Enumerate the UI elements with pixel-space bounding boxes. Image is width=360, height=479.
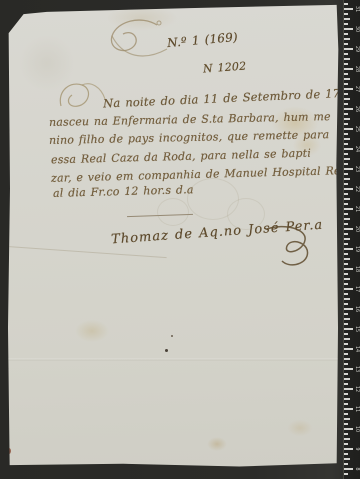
- ruler-tick: [344, 228, 353, 230]
- initial-flourish-icon: [57, 79, 109, 111]
- ruler-tick: [344, 258, 350, 260]
- ruler-tick: [344, 273, 348, 275]
- ruler-tick: [344, 343, 348, 345]
- ruler-tick: [344, 48, 353, 50]
- ruler-tick: [344, 213, 348, 215]
- ruler-number: 28: [353, 65, 360, 73]
- ruler-number: 18: [353, 265, 360, 273]
- ruler-number: 17: [353, 285, 360, 293]
- handwritten-line-3: nino filho de pays incognitos, que remet…: [49, 128, 330, 147]
- ruler-tick: [344, 83, 348, 85]
- ruler-tick: [344, 153, 348, 155]
- ruler-tick: [344, 428, 353, 430]
- ruler-number: 20: [353, 225, 360, 233]
- ruler-tick: [344, 388, 353, 390]
- ruler-tick: [344, 418, 350, 420]
- ruler-tick: [344, 128, 353, 130]
- ruler-number: 10: [353, 425, 360, 433]
- ruler-tick: [344, 238, 350, 240]
- ruler-number: 22: [353, 185, 360, 193]
- ruler-tick: [344, 473, 348, 475]
- ruler-tick: [344, 88, 353, 90]
- scanned-document-view: N.º 1 (169) N 1202 Na noite do dia 11 de…: [0, 0, 360, 479]
- ruler-number: 31: [353, 5, 360, 13]
- ruler-number: 25: [353, 125, 360, 133]
- ruler-tick: [344, 63, 348, 65]
- ruler-tick: [344, 58, 350, 60]
- ruler-tick: [344, 218, 350, 220]
- ruler-tick: [344, 338, 350, 340]
- ink-speck: [165, 349, 168, 352]
- ruler-tick: [344, 163, 348, 165]
- ruler-tick: [344, 308, 353, 310]
- file-number: N 1202: [203, 60, 247, 76]
- ruler-tick: [344, 333, 348, 335]
- ruler-tick: [344, 223, 348, 225]
- ruler-tick: [344, 448, 353, 450]
- ruler-tick: [344, 28, 353, 30]
- ruler-number: 24: [353, 145, 360, 153]
- ruler-tick: [344, 383, 348, 385]
- ruler-number: 15: [353, 325, 360, 333]
- ruler-number: 21: [353, 205, 360, 213]
- ruler-tick: [344, 133, 348, 135]
- ruler-tick: [344, 3, 348, 5]
- ruler-number: 29: [353, 45, 360, 53]
- rust-stain: [7, 448, 11, 454]
- ruler-tick: [344, 413, 348, 415]
- ruler-tick: [344, 173, 348, 175]
- ruler-tick: [344, 78, 350, 80]
- ruler-tick: [344, 108, 353, 110]
- ruler-tick: [344, 33, 348, 35]
- ruler-tick: [344, 348, 353, 350]
- ruler-tick: [344, 433, 348, 435]
- ruler-tick: [344, 463, 348, 465]
- ink-speck: [171, 335, 173, 337]
- ruler-tick: [344, 293, 348, 295]
- ruler-tick: [344, 93, 348, 95]
- ruler-tick: [344, 143, 348, 145]
- ruler-number: 8: [353, 465, 360, 473]
- ruler-tick: [344, 8, 353, 10]
- ruler-tick: [344, 203, 348, 205]
- ruler-tick: [344, 188, 353, 190]
- ruler-tick: [344, 393, 348, 395]
- ruler-number: 13: [353, 365, 360, 373]
- ruler-tick: [344, 378, 350, 380]
- ruler-number: 12: [353, 385, 360, 393]
- ruler-tick: [344, 408, 353, 410]
- ruler-tick: [344, 368, 353, 370]
- ruler-tick: [344, 38, 350, 40]
- ruler-tick: [344, 403, 348, 405]
- ruler-number: 26: [353, 105, 360, 113]
- ruler-number: 9: [353, 445, 360, 453]
- ruler: 3130292827262524232221201918171615141312…: [343, 0, 360, 479]
- ruler-tick: [344, 68, 353, 70]
- ruler-tick: [344, 148, 353, 150]
- ruler-tick: [344, 233, 348, 235]
- manuscript-page: N.º 1 (169) N 1202 Na noite do dia 11 de…: [7, 3, 339, 467]
- rubric-flourish-icon: [99, 17, 171, 69]
- ruler-number: 27: [353, 85, 360, 93]
- ruler-tick: [344, 98, 350, 100]
- ruler-tick: [344, 158, 350, 160]
- handwritten-line-2: nasceu na Enfermaria de S.ta Barbara, hu…: [49, 110, 331, 129]
- ruler-tick: [344, 268, 353, 270]
- ruler-tick: [344, 243, 348, 245]
- ruler-tick: [344, 278, 350, 280]
- ruler-tick: [344, 443, 348, 445]
- ruler-tick: [344, 263, 348, 265]
- ruler-tick: [344, 328, 353, 330]
- handwritten-line-4: essa Real Caza da Roda, para nella se ba…: [51, 147, 311, 167]
- ruler-tick: [344, 423, 348, 425]
- ruler-number: 11: [353, 405, 360, 413]
- ruler-tick: [344, 113, 348, 115]
- handwritten-line-1: Na noite do dia 11 de Setembro de 1798: [103, 86, 356, 111]
- ruler-tick: [344, 288, 353, 290]
- ruler-tick: [344, 168, 353, 170]
- ruler-tick: [344, 118, 350, 120]
- ruler-tick: [344, 363, 348, 365]
- ruler-tick: [344, 398, 350, 400]
- ruler-tick: [344, 318, 350, 320]
- ruler-tick: [344, 53, 348, 55]
- ruler-tick: [344, 13, 348, 15]
- ruler-tick: [344, 208, 353, 210]
- ruler-tick: [344, 138, 350, 140]
- ruler-tick: [344, 178, 350, 180]
- ruler-tick: [344, 453, 348, 455]
- ruler-tick: [344, 283, 348, 285]
- fold-crease: [7, 358, 339, 361]
- registry-number: N.º 1 (169): [167, 30, 239, 50]
- ruler-tick: [344, 353, 348, 355]
- ruler-tick: [344, 468, 353, 470]
- diagonal-crease: [7, 246, 167, 258]
- watermark-ring: [157, 198, 189, 226]
- ruler-tick: [344, 18, 350, 20]
- ruler-tick: [344, 313, 348, 315]
- ruler-tick: [344, 73, 348, 75]
- ruler-tick: [344, 373, 348, 375]
- ruler-tick: [344, 183, 348, 185]
- ruler-tick: [344, 253, 348, 255]
- ruler-number: 19: [353, 245, 360, 253]
- ruler-number: 14: [353, 345, 360, 353]
- watermark-ring: [227, 198, 265, 230]
- ruler-tick: [344, 193, 348, 195]
- ruler-tick: [344, 358, 350, 360]
- ruler-tick: [344, 248, 353, 250]
- ruler-tick: [344, 123, 348, 125]
- ruler-tick: [344, 103, 348, 105]
- ruler-number: 30: [353, 25, 360, 33]
- ruler-tick: [344, 198, 350, 200]
- ruler-tick: [344, 43, 348, 45]
- ruler-tick: [344, 438, 350, 440]
- ruler-tick: [344, 323, 348, 325]
- ruler-tick: [344, 23, 348, 25]
- ruler-tick: [344, 458, 350, 460]
- ruler-tick: [344, 298, 350, 300]
- ruler-number: 23: [353, 165, 360, 173]
- ruler-number: 16: [353, 305, 360, 313]
- ruler-tick: [344, 303, 348, 305]
